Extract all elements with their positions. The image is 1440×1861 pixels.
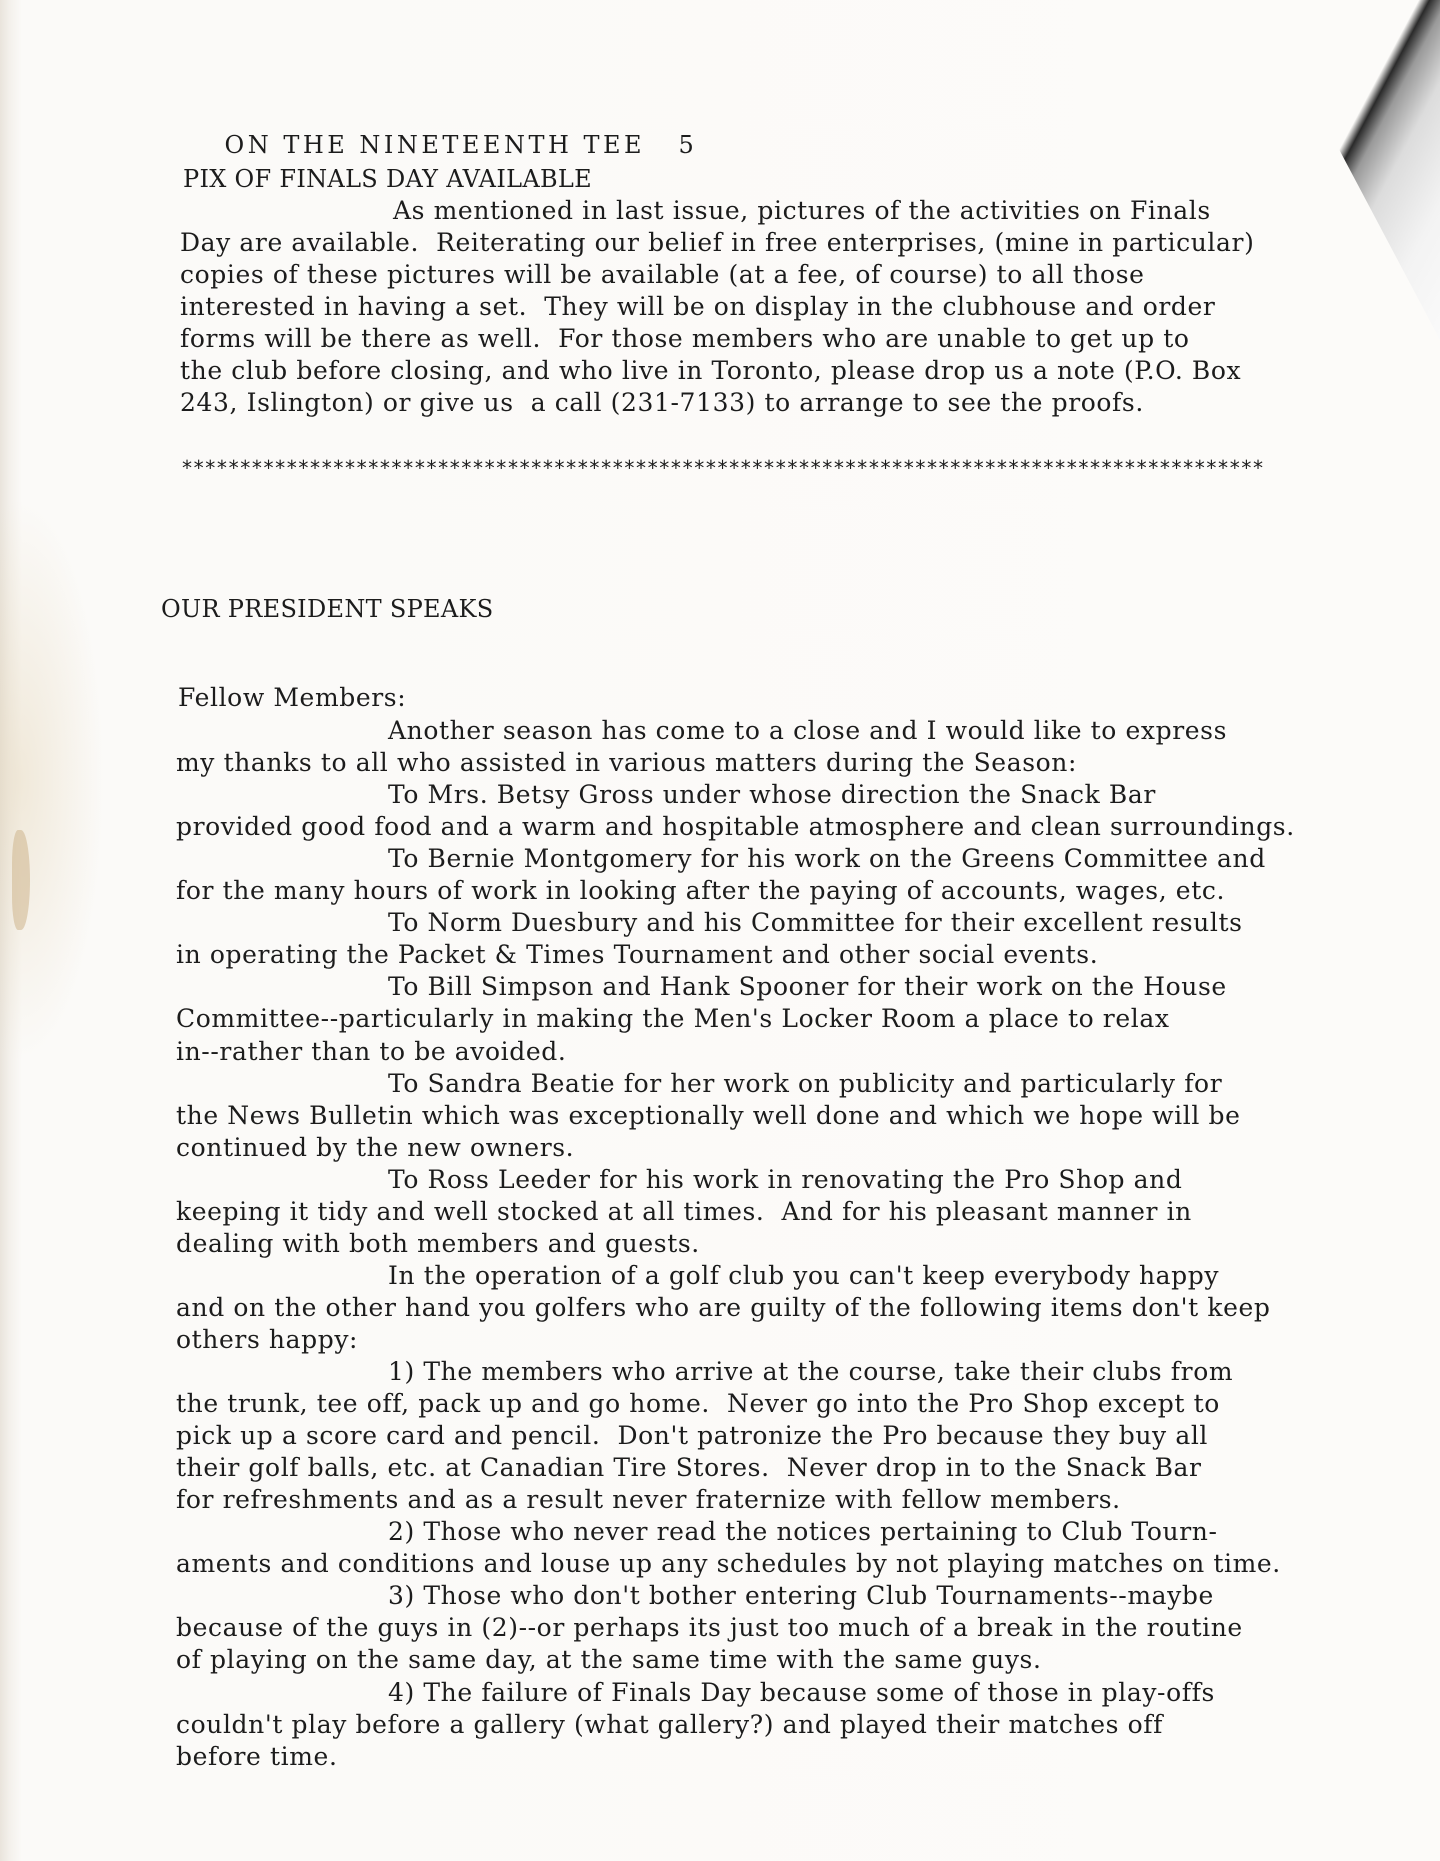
article2-line: in operating the Packet & Times Tourname…: [176, 940, 1098, 970]
page-curl: [1260, 0, 1440, 340]
page-number: 5: [678, 131, 697, 159]
article1-line: 243, Islington) or give us a call (231-7…: [180, 388, 1144, 418]
article2-line: their golf balls, etc. at Canadian Tire …: [176, 1453, 1202, 1483]
article2-line: To Bernie Montgomery for his work on the…: [388, 844, 1266, 874]
article2-line: In the operation of a golf club you can'…: [388, 1261, 1219, 1291]
article2-line: because of the guys in (2)--or perhaps i…: [176, 1613, 1243, 1643]
article2-line: for the many hours of work in looking af…: [176, 876, 1225, 906]
article2-line: 4) The failure of Finals Day because som…: [388, 1678, 1215, 1708]
article2-line: the News Bulletin which was exceptionall…: [176, 1101, 1240, 1131]
article2-line: continued by the new owners.: [176, 1133, 574, 1163]
article2-line: my thanks to all who assisted in various…: [176, 748, 1077, 778]
article2-line: others happy:: [176, 1325, 358, 1355]
article1-line: forms will be there as well. For those m…: [180, 324, 1190, 354]
article2-line: dealing with both members and guests.: [176, 1229, 700, 1259]
article2-line: for refreshments and as a result never f…: [176, 1485, 1121, 1515]
article2-line: in--rather than to be avoided.: [176, 1037, 566, 1067]
article1-line: the club before closing, and who live in…: [180, 356, 1241, 386]
article2-line: keeping it tidy and well stocked at all …: [176, 1197, 1192, 1227]
article2-line: To Norm Duesbury and his Committee for t…: [388, 908, 1243, 938]
article2-line: To Bill Simpson and Hank Spooner for the…: [388, 972, 1227, 1002]
article2-line: 3) Those who don't bother entering Club …: [388, 1581, 1214, 1611]
article2-line: Committee--particularly in making the Me…: [176, 1004, 1170, 1034]
article1-line: interested in having a set. They will be…: [180, 292, 1215, 322]
article2-line: before time.: [176, 1742, 338, 1772]
article1-line: As mentioned in last issue, pictures of …: [393, 196, 1211, 226]
article2-line: To Ross Leeder for his work in renovatin…: [388, 1165, 1182, 1195]
paper-stain: [12, 830, 30, 930]
article2-line: To Sandra Beatie for her work on publici…: [388, 1069, 1222, 1099]
article2-line: of playing on the same day, at the same …: [176, 1645, 1042, 1675]
article2-line: provided good food and a warm and hospit…: [176, 812, 1295, 842]
scanned-page: ON THE NINETEENTH TEE 5 PIX OF FINALS DA…: [0, 0, 1440, 1861]
article2-line: couldn't play before a gallery (what gal…: [176, 1710, 1163, 1740]
article1-line: copies of these pictures will be availab…: [180, 260, 1145, 290]
article2-title: OUR PRESIDENT SPEAKS: [161, 594, 493, 624]
article2-line: 2) Those who never read the notices pert…: [388, 1517, 1218, 1547]
article1-line: Day are available. Reiterating our belie…: [180, 228, 1254, 258]
salutation: Fellow Members:: [178, 683, 406, 713]
article2-line: To Mrs. Betsy Gross under whose directio…: [388, 780, 1156, 810]
article2-line: Another season has come to a close and I…: [388, 716, 1227, 746]
article2-line: pick up a score card and pencil. Don't p…: [176, 1421, 1208, 1451]
article2-line: 1) The members who arrive at the course,…: [388, 1357, 1233, 1387]
article2-line: the trunk, tee off, pack up and go home.…: [176, 1389, 1220, 1419]
article1-title: PIX OF FINALS DAY AVAILABLE: [183, 164, 592, 194]
article2-line: aments and conditions and louse up any s…: [176, 1549, 1281, 1579]
running-header-title: ON THE NINETEENTH TEE: [225, 131, 646, 159]
separator-asterisks: ****************************************…: [181, 453, 1264, 483]
article2-line: and on the other hand you golfers who ar…: [176, 1293, 1270, 1323]
